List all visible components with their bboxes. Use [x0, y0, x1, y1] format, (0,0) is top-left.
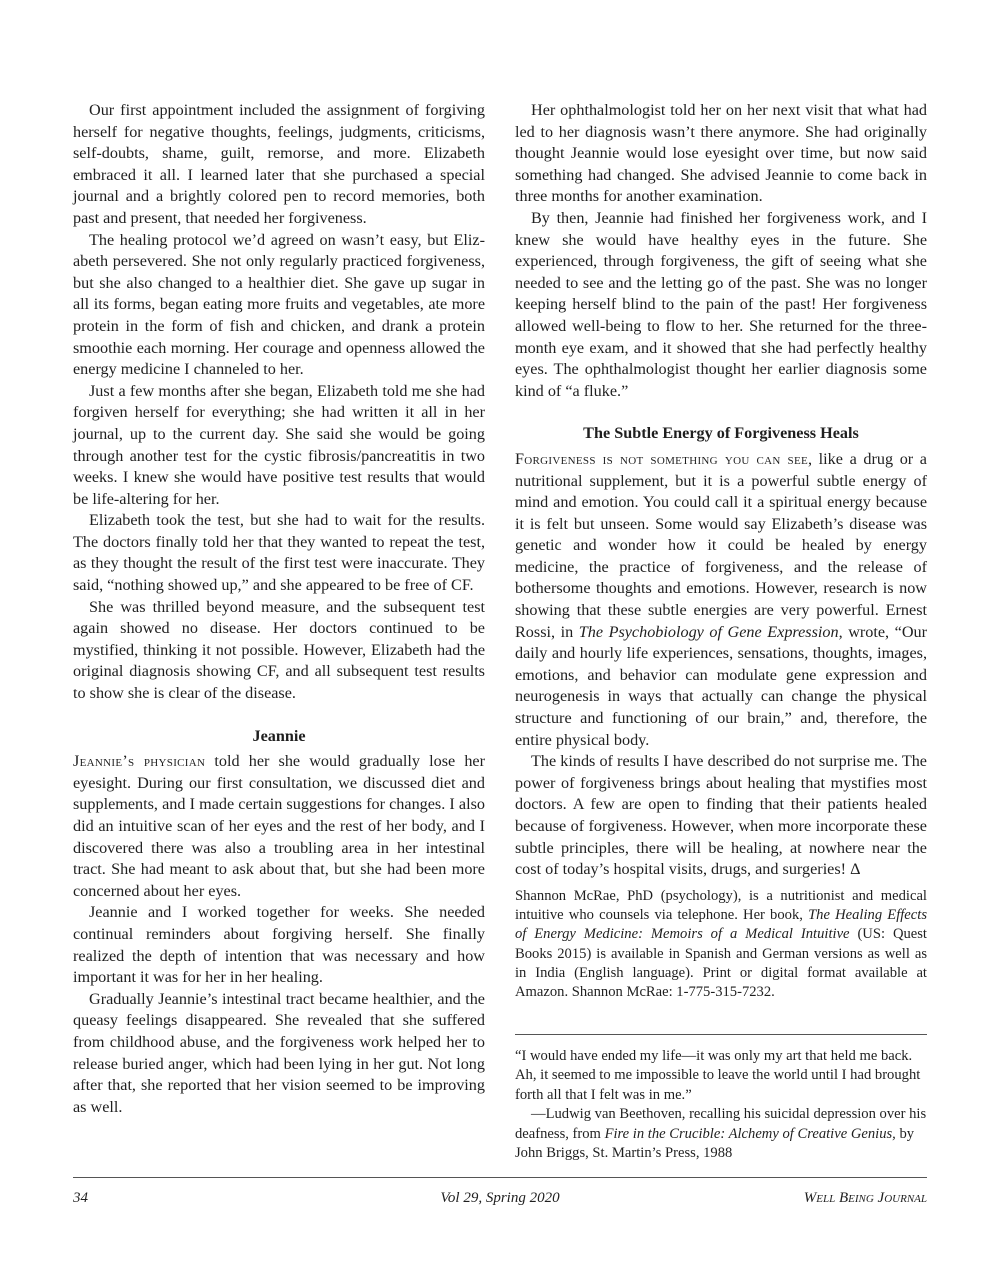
section-heading-jeannie: Jeannie — [73, 726, 485, 748]
right-column: Her ophthalmologist told her on her next… — [515, 100, 927, 1003]
body-paragraph: Just a few months after she began, Eliza… — [73, 381, 485, 511]
lead-smallcaps: Jeannie’s physician — [73, 752, 205, 770]
issue-label: Vol 29, Spring 2020 — [73, 1190, 927, 1207]
body-paragraph: Jeannie and I worked together for weeks.… — [73, 902, 485, 988]
quote-text: “I would have ended my life—it was only … — [515, 1047, 927, 1105]
attribution-book-title: Fire in the Crucible: Alchemy of Creativ… — [605, 1126, 896, 1142]
lead-text: , like a drug or a nutritional supplemen… — [515, 450, 927, 641]
footer-rule — [73, 1177, 927, 1178]
lead-smallcaps: Forgiveness is not something you can see — [515, 450, 808, 468]
quote-top-rule — [515, 1034, 927, 1035]
section-lead-paragraph: Forgiveness is not something you can see… — [515, 449, 927, 751]
pull-quote-box: “I would have ended my life—it was only … — [515, 1047, 927, 1163]
quote-attribution: —Ludwig van Beethoven, recalling his sui… — [515, 1105, 927, 1163]
body-paragraph: By then, Jeannie had finished her forgiv… — [515, 208, 927, 402]
page-footer: 34 Vol 29, Spring 2020 Well Being Journa… — [73, 1190, 927, 1212]
section-spacer — [515, 402, 927, 423]
section-spacer — [73, 705, 485, 726]
body-paragraph: She was thrilled beyond measure, and the… — [73, 597, 485, 705]
body-paragraph: Our first appointment included the assig… — [73, 100, 485, 230]
lead-text: told her she would gradually lose her ey… — [73, 752, 485, 900]
lead-text-cont: wrote, “Our daily and hourly life experi… — [515, 623, 927, 749]
author-bio: Shannon McRae, PhD (psychology), is a nu… — [515, 887, 927, 1003]
body-paragraph: Gradually Jeannie’s intestinal tract bec… — [73, 989, 485, 1119]
journal-name: Well Being Journal — [804, 1190, 927, 1207]
body-paragraph: The healing protocol we’d agreed on wasn… — [73, 230, 485, 381]
book-title: The Psychobiology of Gene Expression, — [579, 623, 843, 641]
section-heading-subtle-energy: The Subtle Energy of Forgiveness Heals — [515, 423, 927, 445]
body-paragraph: Her ophthalmologist told her on her next… — [515, 100, 927, 208]
section-lead-paragraph: Jeannie’s physician told her she would g… — [73, 751, 485, 902]
left-column: Our first appointment included the assig… — [73, 100, 485, 1118]
body-paragraph: Elizabeth took the test, but she had to … — [73, 510, 485, 596]
closing-paragraph: The kinds of results I have described do… — [515, 751, 927, 881]
